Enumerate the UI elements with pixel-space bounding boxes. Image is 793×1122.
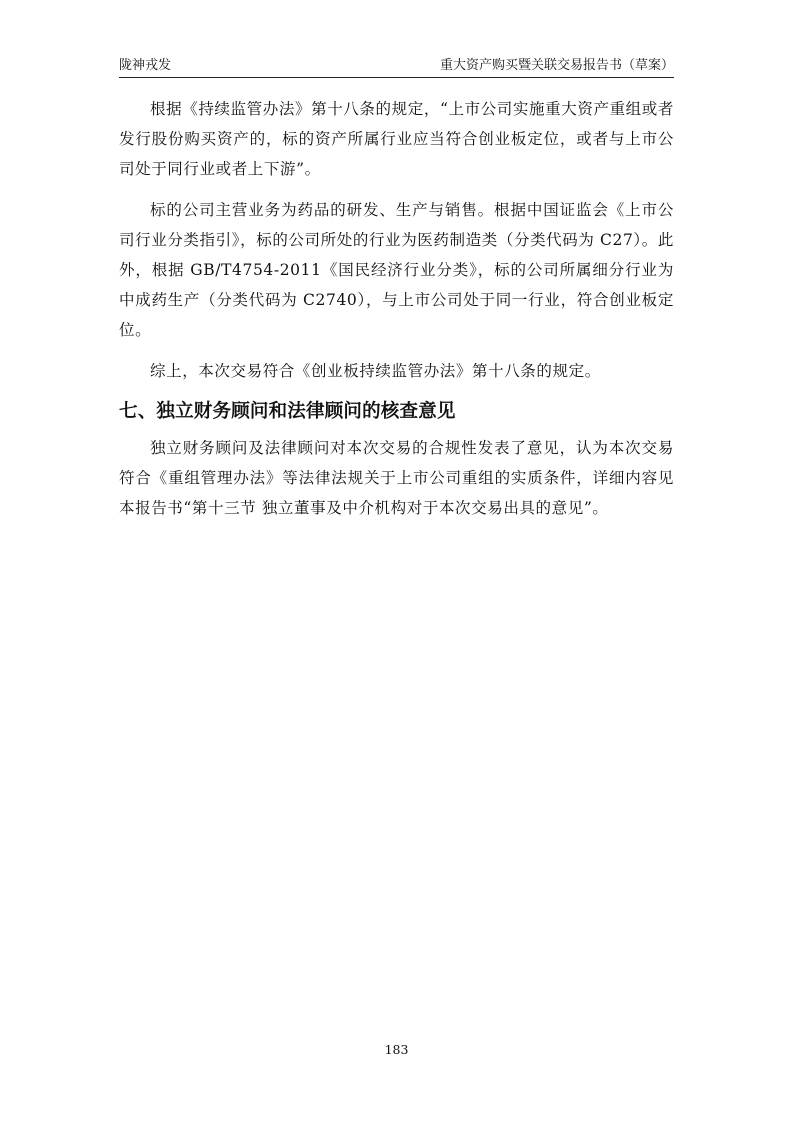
paragraph-advisor-opinion: 独立财务顾问及法律顾问对本次交易的合规性发表了意见，认为本次交易符合《重组管理办…: [119, 433, 674, 523]
page-header: 陇神戎发 重大资产购买暨关联交易报告书（草案）: [119, 52, 674, 78]
page-number: 183: [0, 1042, 793, 1057]
paragraph-industry-classification: 标的公司主营业务为药品的研发、生产与销售。根据中国证监会《上市公司行业分类指引》…: [119, 195, 674, 345]
section-heading: 七、独立财务顾问和法律顾问的核查意见: [119, 397, 674, 427]
header-document-title: 重大资产购买暨关联交易报告书（草案）: [440, 58, 674, 74]
paragraph-conclusion: 综上，本次交易符合《创业板持续监管办法》第十八条的规定。: [119, 356, 674, 386]
paragraph-regulation-quote: 根据《持续监管办法》第十八条的规定，“上市公司实施重大资产重组或者发行股份购买资…: [119, 94, 674, 184]
page-body: 根据《持续监管办法》第十八条的规定，“上市公司实施重大资产重组或者发行股份购买资…: [119, 94, 674, 534]
header-company-name: 陇神戎发: [119, 58, 171, 74]
